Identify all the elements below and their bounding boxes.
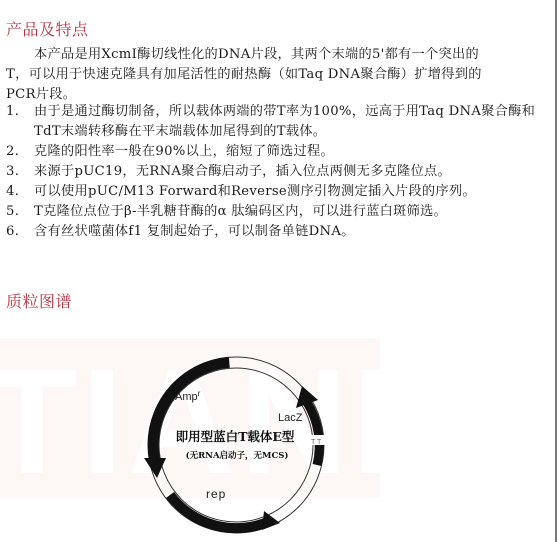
- rep-label: rep: [206, 487, 226, 501]
- plasmid-map-diagram: Ampr LacZ T T rep 即用型蓝白T载体E型 (无RNA启动子，无M…: [0, 0, 558, 542]
- tt-site-label: T T: [311, 439, 322, 446]
- ampr-label: Ampr: [175, 389, 201, 403]
- plasmid-center-title: 即用型蓝白T载体E型: [176, 429, 295, 444]
- lacz-label: LacZ: [278, 412, 303, 424]
- plasmid-center-subtitle: (无RNA启动子，无MCS): [186, 450, 289, 461]
- ampr-gene-arc: [153, 362, 229, 461]
